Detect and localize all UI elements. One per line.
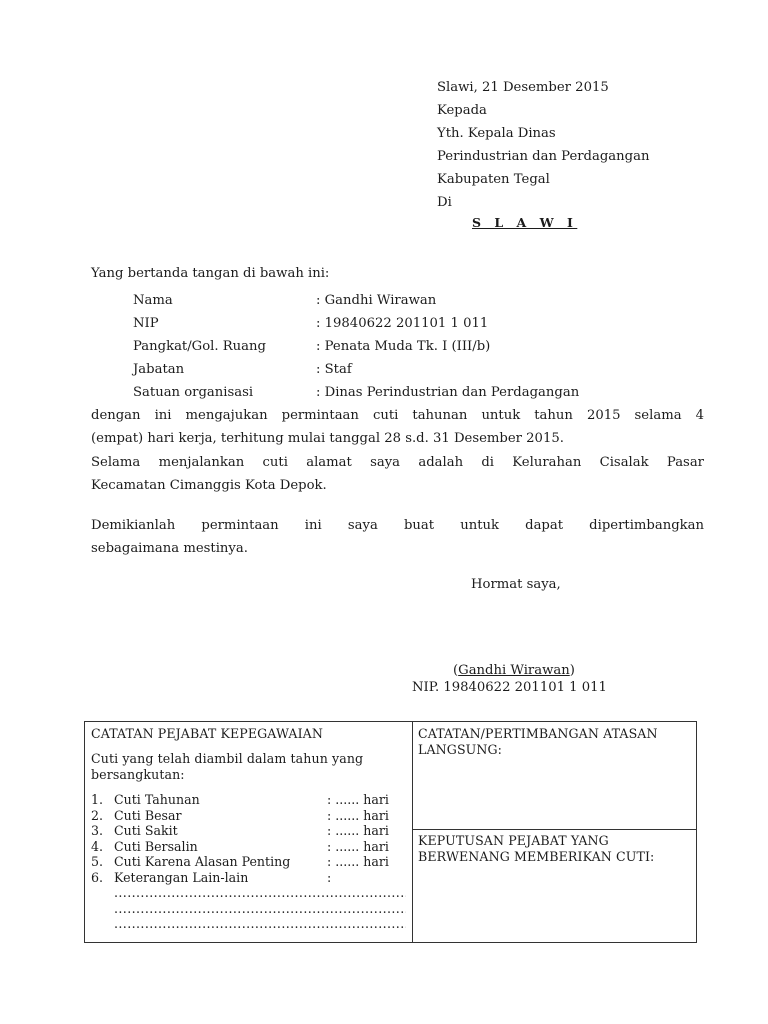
field-label: Nama <box>133 289 173 312</box>
signer-name: Gandhi Wirawan <box>458 663 570 678</box>
signature-nip: NIP. 19840622 201101 1 011 <box>412 680 607 695</box>
item-label: Cuti Karena Alasan Penting <box>114 854 290 870</box>
item-days-field: : ...... hari <box>327 839 389 855</box>
item-number: 3. <box>91 823 103 839</box>
dotted-line: ........................................… <box>114 916 406 932</box>
signature-name: (Gandhi Wirawan) <box>453 663 575 678</box>
paren-close: ) <box>570 663 575 678</box>
recipient-city: S L A W I <box>472 215 577 230</box>
address-line-1: Selama menjalankan cuti alamat saya adal… <box>91 451 704 475</box>
item-days-field: : <box>327 870 331 886</box>
field-value: : Gandhi Wirawan <box>316 289 436 312</box>
item-days-field: : ...... hari <box>327 823 389 839</box>
recipient-line-2: Perindustrian dan Perdagangan <box>437 145 649 168</box>
field-label: Satuan organisasi <box>133 381 253 404</box>
leave-taken-list: 1. Cuti Tahunan : ...... hari 2. Cuti Be… <box>91 792 409 932</box>
recipient-line-3: Kabupaten Tegal <box>437 168 550 191</box>
field-value: : Staf <box>316 358 352 381</box>
intro-text: Yang bertanda tangan di bawah ini: <box>91 266 329 281</box>
field-label: NIP <box>133 312 159 335</box>
item-number: 6. <box>91 870 103 886</box>
dotted-line: ........................................… <box>114 901 406 917</box>
closing-line-1: Demikianlah permintaan ini saya buat unt… <box>91 514 704 538</box>
list-item: 1. Cuti Tahunan : ...... hari <box>91 792 409 808</box>
item-days-field: : ...... hari <box>327 792 389 808</box>
list-item: 2. Cuti Besar : ...... hari <box>91 808 409 824</box>
personnel-notes-heading: CATATAN PEJABAT KEPEGAWAIAN <box>91 726 323 742</box>
field-value: : Penata Muda Tk. I (III/b) <box>316 335 490 358</box>
closing-salutation: Hormat saya, <box>471 577 561 592</box>
recipient-di: Di <box>437 191 452 214</box>
row-divider <box>412 829 696 830</box>
address-line-2: Kecamatan Cimanggis Kota Depok. <box>91 474 704 498</box>
recipient-kepada: Kepada <box>437 99 487 122</box>
closing-line-2: sebagaimana mestinya. <box>91 537 704 561</box>
notes-table: CATATAN PEJABAT KEPEGAWAIAN Cuti yang te… <box>84 721 697 943</box>
column-divider <box>412 722 413 942</box>
item-label: Cuti Tahunan <box>114 792 200 808</box>
request-line-1: dengan ini mengajukan permintaan cuti ta… <box>91 404 704 428</box>
personnel-notes-subheading: Cuti yang telah diambil dalam tahun yang… <box>91 751 409 782</box>
dotted-line: ........................................… <box>114 885 406 901</box>
item-label: Keterangan Lain-lain <box>114 870 248 886</box>
item-label: Cuti Bersalin <box>114 839 198 855</box>
authority-decision-heading: KEPUTUSAN PEJABAT YANG BERWENANG MEMBERI… <box>418 833 693 864</box>
recipient-line-1: Yth. Kepala Dinas <box>437 122 556 145</box>
item-number: 4. <box>91 839 103 855</box>
field-value: : Dinas Perindustrian dan Perdagangan <box>316 381 579 404</box>
item-label: Cuti Sakit <box>114 823 178 839</box>
list-item: 4. Cuti Bersalin : ...... hari <box>91 839 409 855</box>
list-item: 3. Cuti Sakit : ...... hari <box>91 823 409 839</box>
item-number: 5. <box>91 854 103 870</box>
field-value: : 19840622 201101 1 011 <box>316 312 488 335</box>
item-number: 2. <box>91 808 103 824</box>
item-label: Cuti Besar <box>114 808 182 824</box>
field-label: Pangkat/Gol. Ruang <box>133 335 266 358</box>
supervisor-notes-heading: CATATAN/PERTIMBANGAN ATASAN LANGSUNG: <box>418 726 688 757</box>
item-days-field: : ...... hari <box>327 808 389 824</box>
request-line-2: (empat) hari kerja, terhitung mulai tang… <box>91 427 704 451</box>
item-days-field: : ...... hari <box>327 854 389 870</box>
item-number: 1. <box>91 792 103 808</box>
list-item: 6. Keterangan Lain-lain : <box>91 870 409 886</box>
place-date: Slawi, 21 Desember 2015 <box>437 76 609 99</box>
list-item: 5. Cuti Karena Alasan Penting : ...... h… <box>91 854 409 870</box>
field-label: Jabatan <box>133 358 184 381</box>
